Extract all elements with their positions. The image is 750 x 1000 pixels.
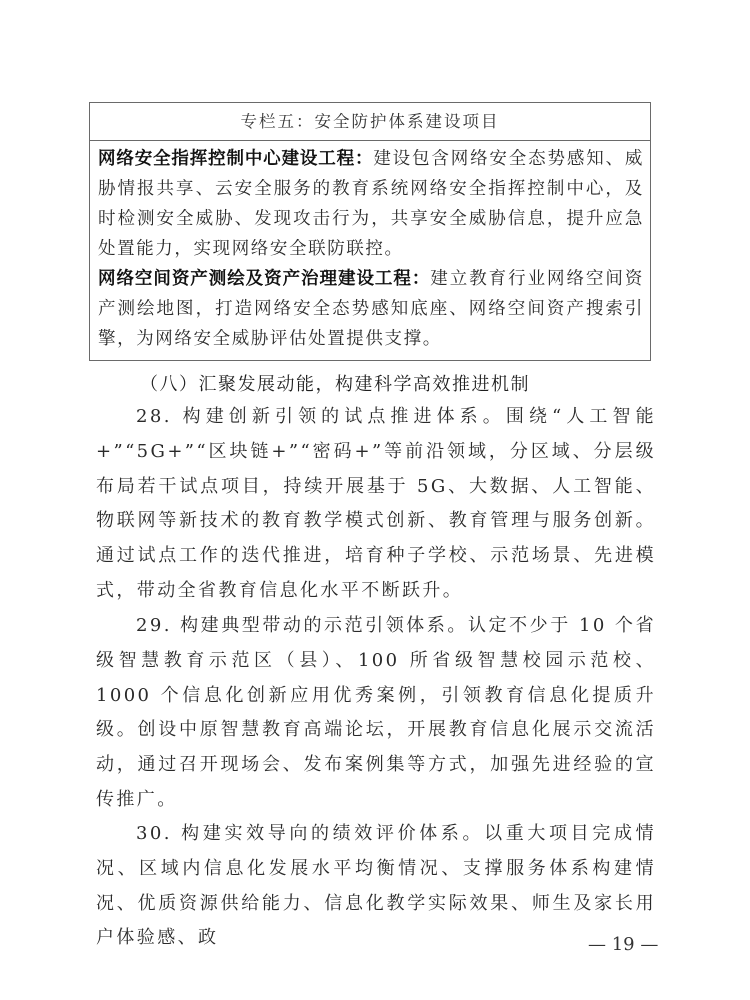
box-item-asset-mapping: 网络空间资产测绘及资产治理建设工程：建立教育行业网络空间资产测绘地图，打造网络安… [98, 264, 644, 354]
box-item-label: 网络安全指挥控制中心建设工程： [98, 149, 373, 169]
section-heading: （八）汇聚发展动能，构建科学高效推进机制 [140, 370, 530, 396]
box-title: 专栏五：安全防护体系建设项目 [90, 103, 650, 141]
page-number: — 19 — [588, 934, 658, 955]
paragraph-29: 29. 构建典型带动的示范引领体系。认定不少于 10 个省级智慧教育示范区（县）… [96, 609, 656, 818]
paragraph-30: 30. 构建实效导向的绩效评价体系。以重大项目完成情况、区域内信息化发展水平均衡… [96, 817, 656, 956]
sidebar-box-column-5: 专栏五：安全防护体系建设项目 网络安全指挥控制中心建设工程：建设包含网络安全态势… [89, 102, 651, 361]
box-body: 网络安全指挥控制中心建设工程：建设包含网络安全态势感知、威胁情报共享、云安全服务… [90, 141, 650, 354]
box-item-command-center: 网络安全指挥控制中心建设工程：建设包含网络安全态势感知、威胁情报共享、云安全服务… [98, 144, 644, 264]
paragraph-28: 28. 构建创新引领的试点推进体系。围绕“人工智能+”“5G+”“区块链+”“密… [96, 400, 656, 609]
box-item-label: 网络空间资产测绘及资产治理建设工程： [98, 269, 430, 289]
